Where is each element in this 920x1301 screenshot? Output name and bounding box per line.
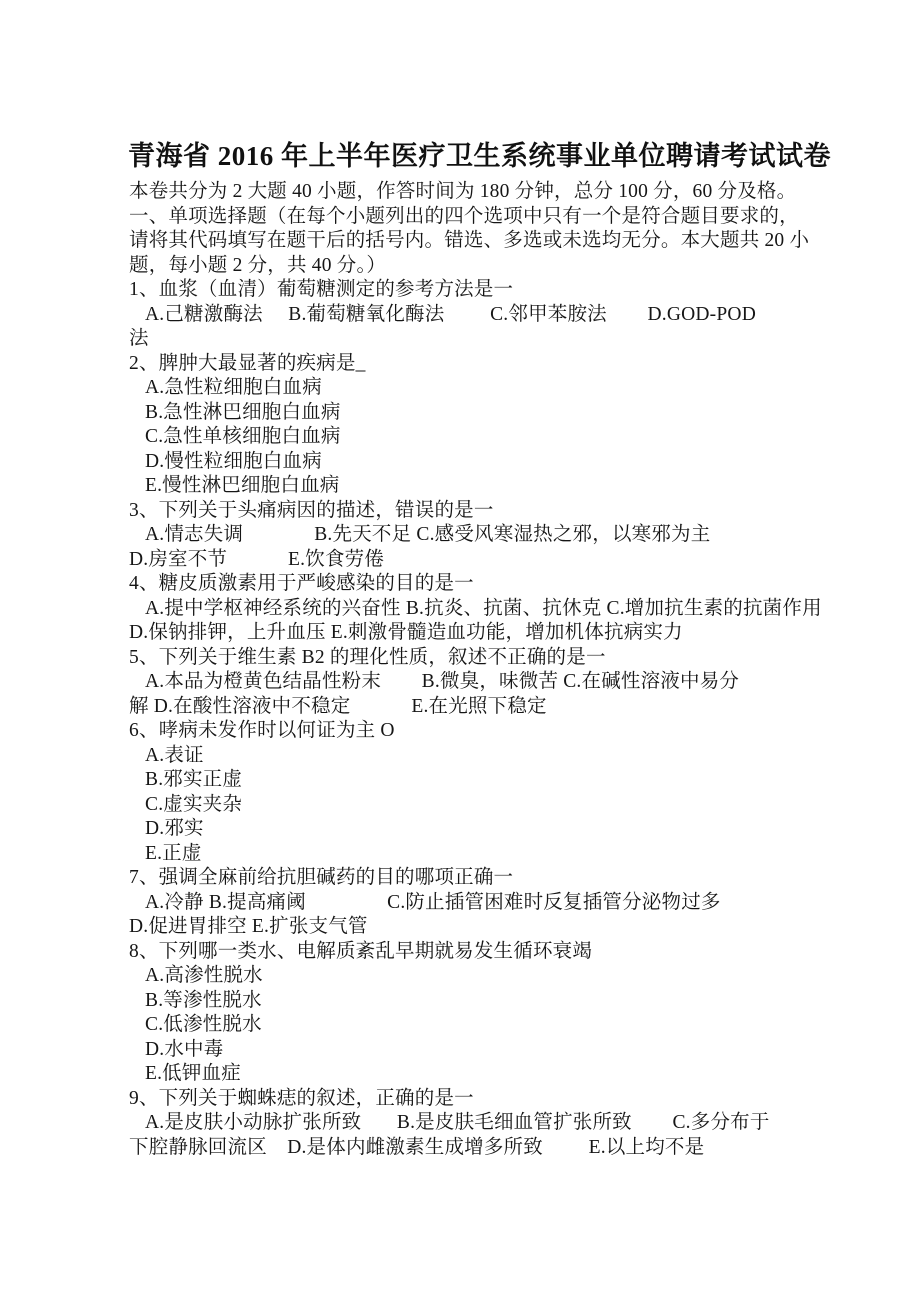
document-line: D.邪实 (129, 817, 809, 842)
document-line: 下腔静脉回流区 D.是体内雌激素生成增多所致 E.以上均不是 (129, 1136, 809, 1161)
document-line: 题，每小题 2 分，共 40 分。） (129, 254, 809, 279)
exam-paper-page: 青海省 2016 年上半年医疗卫生系统事业单位聘请考试试卷 本卷共分为 2 大题… (0, 0, 920, 1301)
document-line: C.急性单核细胞白血病 (129, 425, 809, 450)
document-line: 3、下列关于头痛病因的描述，错误的是一 (129, 499, 809, 524)
document-line: 请将其代码填写在题干后的括号内。错选、多选或未选均无分。本大题共 20 小 (129, 229, 809, 254)
document-line: 法 (129, 327, 809, 352)
document-line: 9、下列关于蜘蛛痣的叙述，正确的是一 (129, 1087, 809, 1112)
document-line: A.急性粒细胞白血病 (129, 376, 809, 401)
document-line: E.慢性淋巴细胞白血病 (129, 474, 809, 499)
document-line: 2、脾肿大最显著的疾病是_ (129, 352, 809, 377)
document-line: E.正虚 (129, 842, 809, 867)
document-line: 7、强调全麻前给抗胆碱药的目的哪项正确一 (129, 866, 809, 891)
document-line: A.是皮肤小动脉扩张所致 B.是皮肤毛细血管扩张所致 C.多分布于 (129, 1111, 809, 1136)
document-line: A.提中学枢神经系统的兴奋性 B.抗炎、抗菌、抗休克 C.增加抗生素的抗菌作用 (129, 597, 809, 622)
document-line: A.情志失调 B.先天不足 C.感受风寒湿热之邪，以寒邪为主 (129, 523, 809, 548)
page-title: 青海省 2016 年上半年医疗卫生系统事业单位聘请考试试卷 (128, 134, 831, 173)
document-line: A.本品为橙黄色结晶性粉末 B.微臭，味微苦 C.在碱性溶液中易分 (129, 670, 809, 695)
document-line: B.邪实正虚 (129, 768, 809, 793)
document-line: 6、哮病未发作时以何证为主 O (129, 719, 809, 744)
document-line: 4、糖皮质激素用于严峻感染的目的是一 (129, 572, 809, 597)
document-line: C.低渗性脱水 (129, 1013, 809, 1038)
document-line: 5、下列关于维生素 B2 的理化性质，叙述不正确的是一 (129, 646, 809, 671)
document-line: A.己糖激酶法 B.葡萄糖氧化酶法 C.邻甲苯胺法 D.GOD-POD (129, 303, 809, 328)
document-line: A.表证 (129, 744, 809, 769)
document-body: 本卷共分为 2 大题 40 小题，作答时间为 180 分钟，总分 100 分，6… (129, 180, 809, 1160)
document-line: 本卷共分为 2 大题 40 小题，作答时间为 180 分钟，总分 100 分，6… (129, 180, 809, 205)
document-line: D.房室不节 E.饮食劳倦 (129, 548, 809, 573)
document-line: C.虚实夹杂 (129, 793, 809, 818)
document-line: 解 D.在酸性溶液中不稳定 E.在光照下稳定 (129, 695, 809, 720)
document-line: 1、血浆（血清）葡萄糖测定的参考方法是一 (129, 278, 809, 303)
document-line: 8、下列哪一类水、电解质紊乱早期就易发生循环衰竭 (129, 940, 809, 965)
document-line: D.水中毒 (129, 1038, 809, 1063)
document-line: 一、单项选择题（在每个小题列出的四个选项中只有一个是符合题目要求的， (129, 205, 809, 230)
document-line: B.等渗性脱水 (129, 989, 809, 1014)
document-line: B.急性淋巴细胞白血病 (129, 401, 809, 426)
document-line: A.高渗性脱水 (129, 964, 809, 989)
document-line: A.冷静 B.提高痛阈 C.防止插管困难时反复插管分泌物过多 (129, 891, 809, 916)
document-line: E.低钾血症 (129, 1062, 809, 1087)
document-line: D.促进胃排空 E.扩张支气管 (129, 915, 809, 940)
document-line: D.慢性粒细胞白血病 (129, 450, 809, 475)
document-line: D.保钠排钾，上升血压 E.刺激骨髓造血功能，增加机体抗病实力 (129, 621, 809, 646)
